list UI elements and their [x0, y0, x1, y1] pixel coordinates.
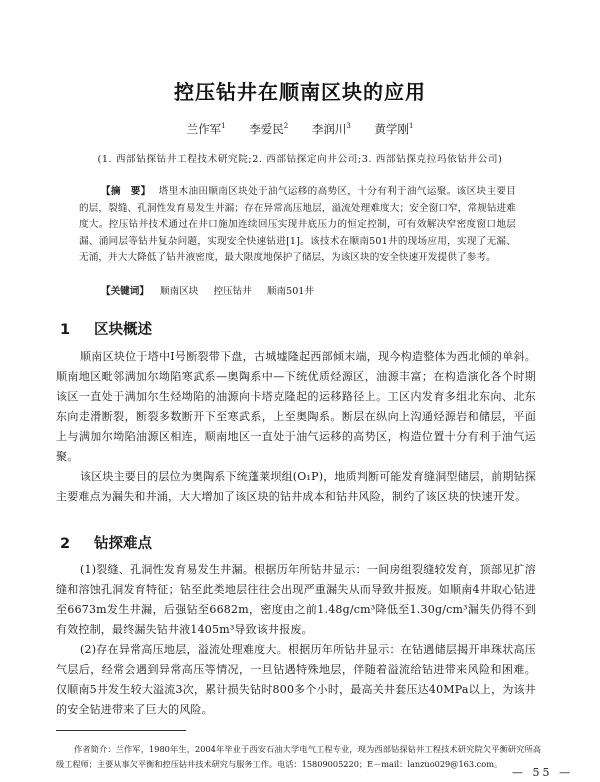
author: 黄学刚1: [374, 122, 413, 136]
section-title: 区块概述: [94, 322, 152, 338]
section-heading: 2钻探难点: [60, 532, 152, 553]
affiliation-marker: 1: [221, 122, 225, 130]
author-bio-footnote: 作者简介：兰作军，1980年生，2004年毕业于西安石油大学电气工程专业，现为西…: [56, 742, 541, 771]
keywords: 【关键词】 顺南区块 控压钻井 顺南501井: [101, 284, 521, 300]
author: 兰作军1: [187, 122, 226, 136]
footnote-separator: [56, 730, 186, 732]
keyword: 控压钻井: [213, 286, 251, 297]
keyword: 顺南区块: [160, 286, 198, 297]
affiliation-marker: 3: [346, 122, 350, 130]
author-name: 兰作军: [187, 122, 222, 136]
author-name: 李润川: [312, 122, 347, 136]
paper-title: 控压钻井在顺南区块的应用: [0, 76, 600, 105]
keywords-label: 【关键词】: [101, 286, 149, 297]
affiliation-marker: 2: [284, 122, 288, 130]
affiliation-marker: 1: [409, 122, 413, 130]
abstract-label: 【摘 要】: [101, 186, 151, 197]
body-paragraph: (2)存在异常高压地层，溢流处理难度大。根据历年所钻井显示：在钻遇储层揭开串珠状…: [56, 640, 536, 720]
section-number: 1: [60, 322, 94, 338]
body-paragraph: 顺南区块位于塔中Ⅰ号断裂带下盘，古城墟隆起西部倾末端，现今构造整体为西北倾的单斜…: [56, 347, 536, 467]
body-paragraph: (1)裂缝、孔洞性发育易发生井漏。根据历年所钻井显示：一间房组裂缝较发育，顶部见…: [56, 560, 536, 640]
author-list: 兰作军1 李爱民2 李润川3 黄学刚1: [0, 121, 600, 137]
keyword: 顺南501井: [267, 286, 314, 297]
section-heading: 1区块概述: [60, 318, 152, 339]
affiliations: (1. 西部钻探钻井工程技术研究院;2. 西部钻探定向井公司;3. 西部钻探克拉…: [0, 151, 600, 165]
section-number: 2: [60, 536, 94, 552]
author: 李爱民2: [249, 122, 288, 136]
abstract-text: 塔里木油田顺南区块处于油气运移的高势区，十分有利于油气运聚。该区块主要目的层，裂…: [79, 186, 516, 263]
author: 李润川3: [312, 122, 351, 136]
body-paragraph: 该区块主要目的层位为奥陶系下统蓬莱坝组(O₁P)，地质判断可能发育缝洞型储层，前…: [56, 467, 536, 507]
author-name: 黄学刚: [374, 122, 409, 136]
abstract: 【摘 要】塔里木油田顺南区块处于油气运移的高势区，十分有利于油气运聚。该区块主要…: [79, 184, 516, 267]
page-number: — 55 —: [512, 766, 573, 779]
author-name: 李爱民: [249, 122, 284, 136]
section-title: 钻探难点: [94, 536, 152, 552]
